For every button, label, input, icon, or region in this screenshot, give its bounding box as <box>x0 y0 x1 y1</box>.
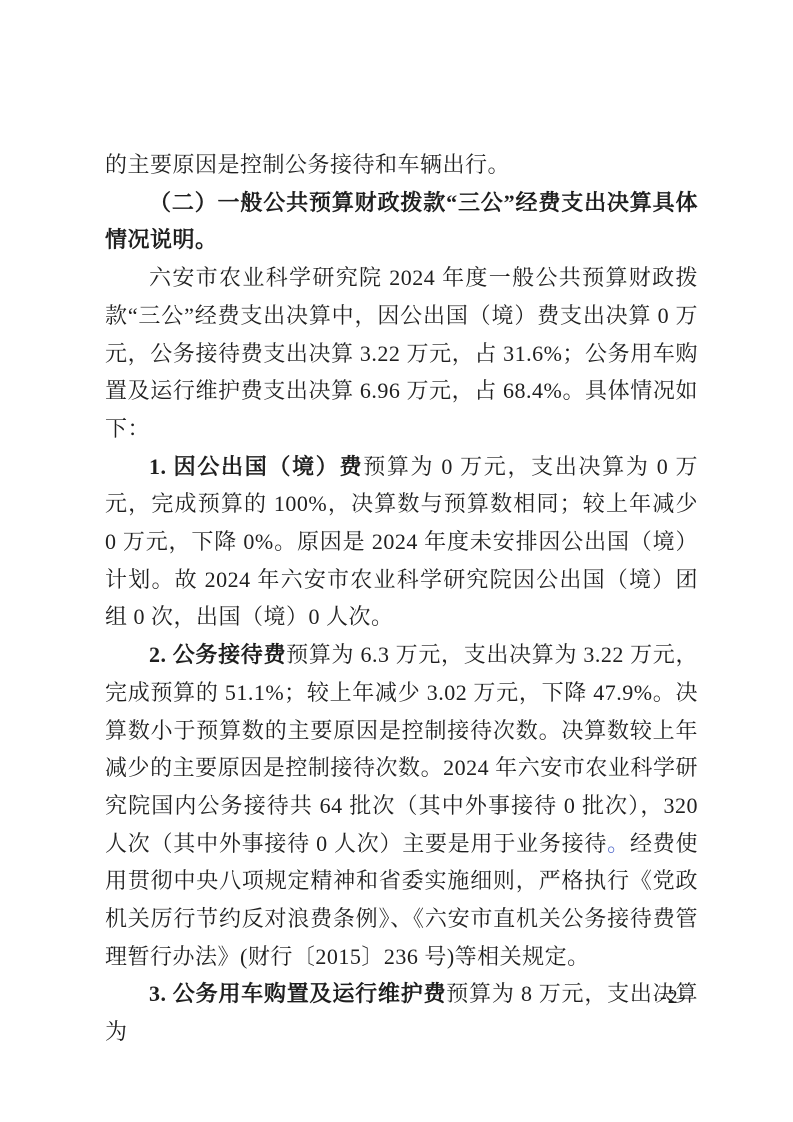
carryover-paragraph: 的主要原因是控制公务接待和车辆出行。 <box>105 146 698 184</box>
item1-body: 预算为 0 万元，支出决算为 0 万元，完成预算的 100%，决算数与预算数相同… <box>105 454 698 630</box>
document-body: 的主要原因是控制公务接待和车辆出行。 （二）一般公共预算财政拨款“三公”经费支出… <box>105 146 698 1051</box>
overview-paragraph: 六安市农业科学研究院 2024 年度一般公共预算财政拨款“三公”经费支出决算中，… <box>105 259 698 448</box>
item1-paragraph: 1. 因公出国（境）费预算为 0 万元，支出决算为 0 万元，完成预算的 100… <box>105 448 698 637</box>
item2-body-part1: 预算为 6.3 万元，支出决算为 3.22 万元，完成预算的 51.1%；较上年… <box>105 642 698 856</box>
item3-lead: 3. 公务用车购置及运行维护费 <box>149 981 446 1006</box>
page-number: -2- <box>660 986 686 1009</box>
item2-paragraph: 2. 公务接待费预算为 6.3 万元，支出决算为 3.22 万元，完成预算的 5… <box>105 636 698 975</box>
document-page: 的主要原因是控制公务接待和车辆出行。 （二）一般公共预算财政拨款“三公”经费支出… <box>0 0 793 1122</box>
item1-lead: 1. 因公出国（境）费 <box>149 454 363 479</box>
section-heading: （二）一般公共预算财政拨款“三公”经费支出决算具体情况说明。 <box>105 184 698 259</box>
item3-paragraph: 3. 公务用车购置及运行维护费预算为 8 万元，支出决算为 <box>105 975 698 1050</box>
item2-lead: 2. 公务接待费 <box>149 642 286 667</box>
item2-blue-period: 。 <box>607 831 630 856</box>
